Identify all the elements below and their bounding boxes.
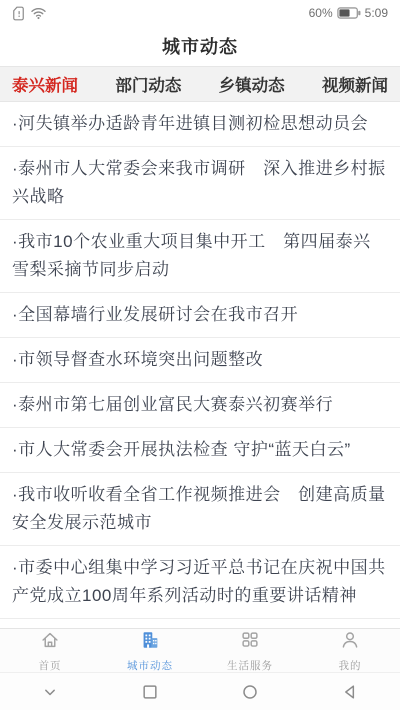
news-item-title: ·我市收听收看全省工作视频推进会 创建高质量安全发展示范城市 <box>12 485 386 532</box>
bottom-tab-bar: 首页 城市动态 生活服务 <box>0 628 400 672</box>
sim-card-icon <box>12 6 25 21</box>
category-tab-bar: 泰兴新闻 部门动态 乡镇动态 视频新闻 <box>0 66 400 102</box>
tab-video-news[interactable]: 视频新闻 <box>322 72 388 96</box>
news-list-item[interactable]: ·市委中心组集中学习习近平总书记在庆祝中国共产党成立100周年系列活动时的重要讲… <box>0 546 400 619</box>
tab-taixing-news[interactable]: 泰兴新闻 <box>12 72 78 96</box>
bottom-tab-city-news[interactable]: 城市动态 <box>100 629 200 672</box>
news-list-item[interactable]: ·河失镇举办适龄青年进镇目测初检思想动员会 <box>0 102 400 147</box>
news-list: ·河失镇举办适龄青年进镇目测初检思想动员会 ·泰州市人大常委会来我市调研 深入推… <box>0 102 400 628</box>
news-item-title: ·市领导督查水环境突出问题整改 <box>12 350 263 369</box>
chevron-down-icon[interactable] <box>0 673 100 710</box>
recents-square-icon[interactable] <box>100 673 200 710</box>
news-list-item[interactable]: ·泰州市第七届创业富民大赛泰兴初赛举行 <box>0 383 400 428</box>
news-list-item[interactable]: ·市领导督查水环境突出问题整改 <box>0 338 400 383</box>
news-item-title: ·泰州市第七届创业富民大赛泰兴初赛举行 <box>12 395 333 414</box>
news-list-item[interactable]: ·泰州市人大常委会来我市调研 深入推进乡村振兴战略 <box>0 147 400 220</box>
news-list-item[interactable]: ·我市收听收看全省工作视频推进会 创建高质量安全发展示范城市 <box>0 473 400 546</box>
tab-township-news[interactable]: 乡镇动态 <box>219 72 285 96</box>
battery-icon <box>337 6 361 20</box>
tab-department-news[interactable]: 部门动态 <box>115 72 181 96</box>
page-title: 城市动态 <box>162 33 238 59</box>
news-item-title: ·市人大常委会开展执法检查 守护“蓝天白云” <box>12 440 351 459</box>
bottom-tab-label: 首页 <box>39 658 62 673</box>
back-triangle-icon[interactable] <box>300 673 400 710</box>
header: 城市动态 <box>0 26 400 66</box>
user-icon <box>339 629 361 656</box>
app-screen: 60% 5:09 城市动态 泰兴新闻 部门动态 乡镇动态 视频新闻 ·河失镇举办… <box>0 0 400 710</box>
news-list-item[interactable]: ·全国幕墙行业发展研讨会在我市召开 <box>0 293 400 338</box>
android-nav-bar <box>0 672 400 710</box>
news-item-title: ·全国幕墙行业发展研讨会在我市召开 <box>12 305 298 324</box>
bottom-tab-label: 城市动态 <box>127 658 173 673</box>
bottom-tab-life-services[interactable]: 生活服务 <box>200 629 300 672</box>
news-item-title: ·泰州市人大常委会来我市调研 深入推进乡村振兴战略 <box>12 159 386 206</box>
news-item-title: ·我市10个农业重大项目集中开工 第四届泰兴雪梨采摘节同步启动 <box>12 232 371 279</box>
grid-icon <box>239 629 261 656</box>
bottom-tab-label: 生活服务 <box>227 658 273 673</box>
home-icon <box>39 629 61 656</box>
clock-time: 5:09 <box>365 6 388 20</box>
news-list-item[interactable]: ·我市启动“泰贸贷”增信助融试点工作 <box>0 619 400 628</box>
news-item-title: ·河失镇举办适龄青年进镇目测初检思想动员会 <box>12 114 368 133</box>
status-bar: 60% 5:09 <box>0 0 400 26</box>
wifi-icon <box>30 6 47 20</box>
news-list-item[interactable]: ·市人大常委会开展执法检查 守护“蓝天白云” <box>0 428 400 473</box>
bottom-tab-home[interactable]: 首页 <box>0 629 100 672</box>
building-icon <box>139 629 161 656</box>
bottom-tab-profile[interactable]: 我的 <box>300 629 400 672</box>
home-circle-icon[interactable] <box>200 673 300 710</box>
battery-percent: 60% <box>309 6 333 20</box>
news-list-item[interactable]: ·我市10个农业重大项目集中开工 第四届泰兴雪梨采摘节同步启动 <box>0 220 400 293</box>
news-item-title: ·市委中心组集中学习习近平总书记在庆祝中国共产党成立100周年系列活动时的重要讲… <box>12 558 386 605</box>
bottom-tab-label: 我的 <box>339 658 362 673</box>
